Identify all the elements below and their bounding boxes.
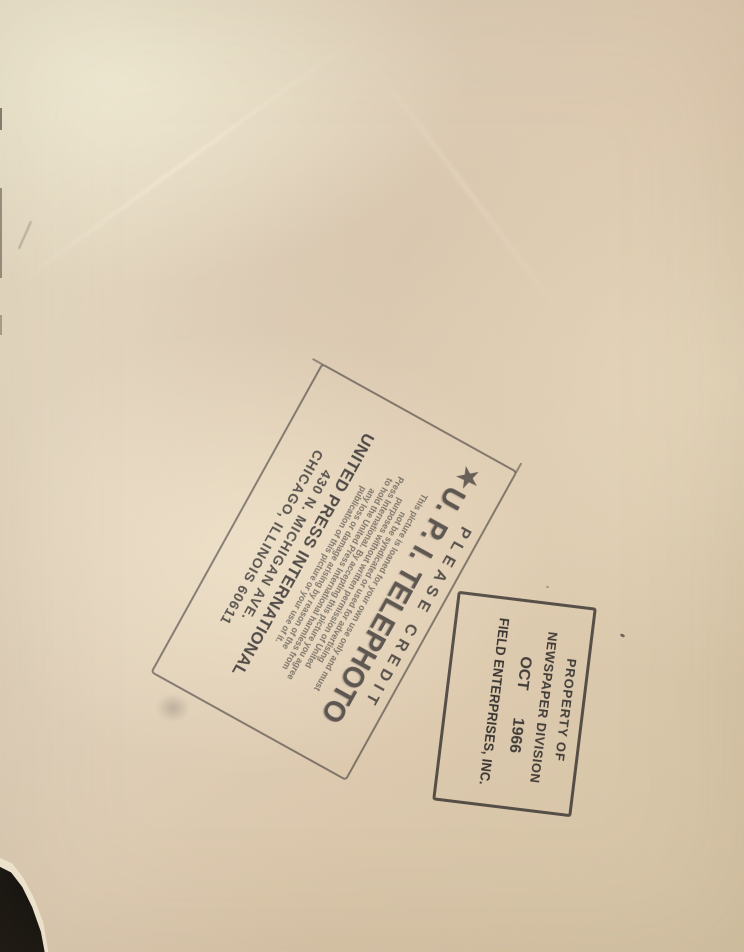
scan-edge-artifact [0, 108, 2, 130]
pencil-scratch [18, 221, 32, 249]
scan-edge-artifact [0, 315, 2, 335]
ink-smudge [156, 694, 190, 722]
paper-crease [365, 54, 566, 319]
paper-crease [0, 42, 350, 297]
date-year: 1966 [506, 717, 527, 754]
date-month: OCT [513, 655, 534, 691]
scan-edge-artifact [0, 188, 2, 278]
ink-speck [620, 633, 626, 638]
property-stamp: PROPERTY OF NEWSPAPER DIVISION OCT1966 F… [432, 591, 597, 817]
photo-back-paper: ★ PLEASE CREDIT U. P. I. TELEPHOTO This … [0, 0, 744, 952]
ink-speck [546, 586, 549, 588]
torn-corner [0, 840, 62, 952]
